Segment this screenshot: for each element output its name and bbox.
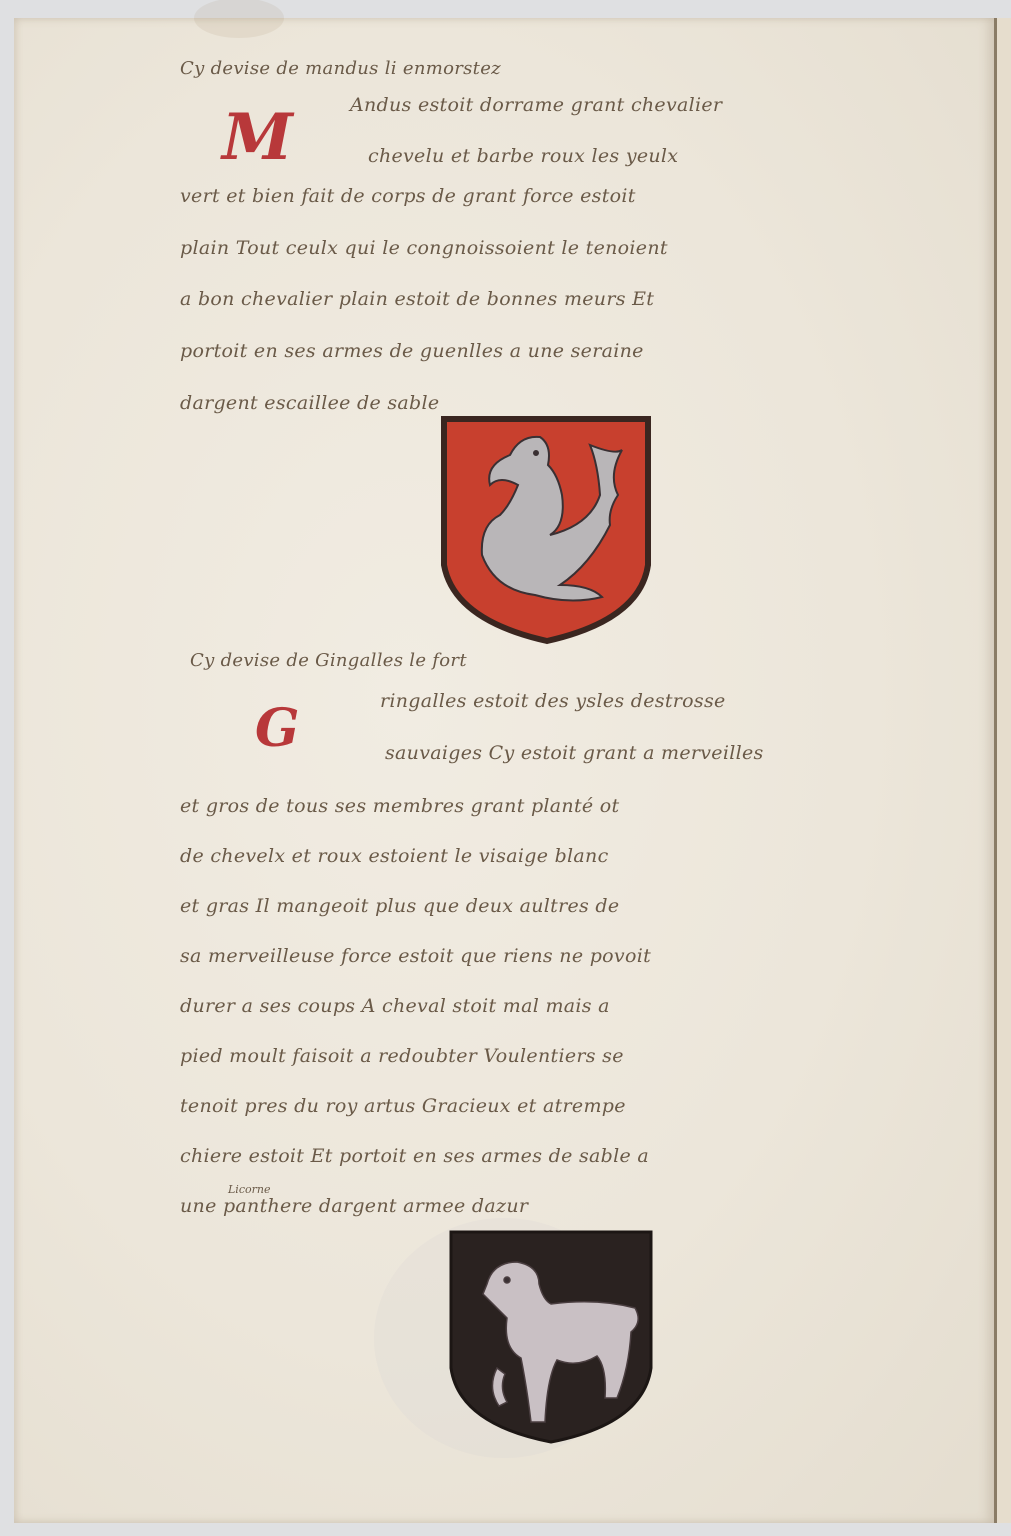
- interlinear-correction: Licorne: [228, 1183, 270, 1196]
- text-line: durer a ses coups A cheval stoit mal mai…: [180, 995, 610, 1017]
- illuminated-initial: G: [255, 698, 299, 759]
- text-line: dargent escaillee de sable: [180, 392, 439, 414]
- coat-of-arms-mermaid-shield: [440, 415, 654, 645]
- text-line: plain Tout ceulx qui le congnoissoient l…: [180, 237, 668, 259]
- text-line: sauvaiges Cy estoit grant a merveilles: [385, 742, 764, 764]
- illuminated-initial: M: [222, 100, 293, 175]
- entry-heading: Cy devise de Gingalles le fort: [190, 650, 467, 671]
- text-line: de chevelx et roux estoient le visaige b…: [180, 845, 609, 867]
- text-line: Andus estoit dorrame grant chevalier: [350, 94, 722, 116]
- adjacent-page-edge: [997, 18, 1011, 1523]
- text-line: chiere estoit Et portoit en ses armes de…: [180, 1145, 649, 1167]
- coat-of-arms-lamb-shield: [447, 1228, 655, 1446]
- text-line: et gras Il mangeoit plus que deux aultre…: [180, 895, 619, 917]
- stain: [194, 0, 284, 38]
- text-line: a bon chevalier plain estoit de bonnes m…: [180, 288, 654, 310]
- text-line: et gros de tous ses membres grant planté…: [180, 795, 619, 817]
- text-line: portoit en ses armes de guenlles a une s…: [180, 340, 644, 362]
- text-line: une panthere dargent armee dazur: [180, 1195, 528, 1217]
- text-line: chevelu et barbe roux les yeulx: [368, 145, 678, 167]
- text-line: tenoit pres du roy artus Gracieux et atr…: [180, 1095, 626, 1117]
- text-line: ringalles estoit des ysles destrosse: [380, 690, 726, 712]
- text-line: pied moult faisoit a redoubter Voulentie…: [180, 1045, 624, 1067]
- text-line: sa merveilleuse force estoit que riens n…: [180, 945, 651, 967]
- entry-heading: Cy devise de mandus li enmorstez: [180, 58, 501, 79]
- text-line: vert et bien fait de corps de grant forc…: [180, 185, 636, 207]
